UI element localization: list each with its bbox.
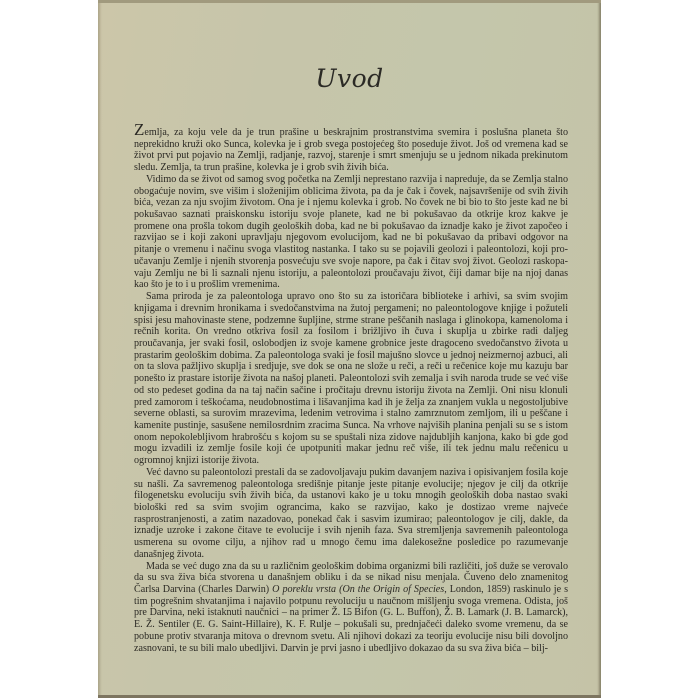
paragraph-4: Već davno su paleontolozi prestali da se… [134, 467, 568, 561]
book-page: Uvod Zemlja, za koju vele da je trun pra… [98, 0, 601, 698]
paragraph-2: Vidimo da se život od samog svog početka… [134, 174, 568, 291]
chapter-title: Uvod [98, 64, 601, 93]
drop-cap: Z [134, 120, 144, 139]
paragraph-3: Sama priroda je za paleontologa upravo o… [134, 291, 568, 467]
book-title-italic: O poreklu vrsta (On the Origin of Specie… [272, 584, 444, 595]
page-number: 5 [98, 607, 601, 618]
paragraph-1: Zemlja, za koju vele da je trun prašine … [134, 125, 568, 174]
body-text: Zemlja, za koju vele da je trun prašine … [134, 125, 568, 654]
